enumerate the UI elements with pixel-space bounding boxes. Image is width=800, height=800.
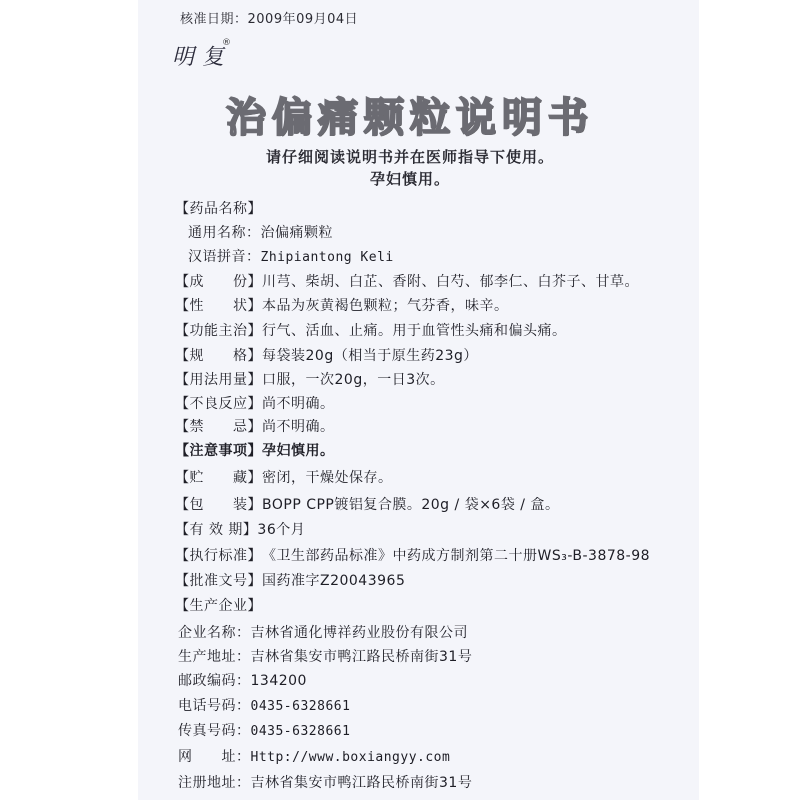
section-manufacturer: 【生产企业】 (175, 595, 262, 615)
section-standard: 【执行标准】《卫生部药品标准》中药成方制剂第二十册WS₃-B-3878-98 (175, 545, 650, 565)
section-contraindications: 【禁 忌】尚不明确。 (175, 416, 335, 436)
section-value: 36个月 (257, 522, 305, 538)
section-label: 【药品名称】 (175, 198, 262, 218)
field-value: 吉林省集安市鸭江路民桥南街31号 (251, 775, 473, 791)
section-value: 尚不明确。 (262, 396, 335, 412)
section-value: 川芎、柴胡、白芷、香附、白芍、郁李仁、白芥子、甘草。 (262, 274, 639, 290)
section-value: 孕妇慎用。 (262, 443, 335, 459)
field-label: 注册地址： (178, 775, 251, 791)
section-label: 【功能主治】 (175, 320, 262, 340)
registered-address: 注册地址：吉林省集安市鸭江路民桥南街31号 (178, 772, 472, 792)
field-label: 生产地址： (178, 649, 251, 665)
field-label: 传真号码： (178, 723, 251, 739)
pinyin-value: Zhipiantong Keli (261, 250, 394, 265)
section-value: 口服，一次20g，一日3次。 (262, 372, 445, 388)
phone-number: 电话号码：0435-6328661 (178, 695, 350, 715)
approval-date: 核准日期：2009年09月04日 (180, 8, 358, 27)
section-value: 国药准字Z20043965 (262, 573, 405, 589)
field-value: 吉林省集安市鸭江路民桥南街31号 (251, 649, 473, 665)
section-dosage: 【用法用量】口服，一次20g，一日3次。 (175, 369, 445, 389)
pinyin-label: 汉语拼音： (188, 249, 261, 265)
section-label: 【有 效 期】 (175, 519, 257, 539)
section-package: 【包 装】BOPP CPP镀铝复合膜。20g / 袋×6袋 / 盒。 (175, 494, 559, 514)
section-label: 【批准文号】 (175, 570, 262, 590)
section-approval-number: 【批准文号】国药准字Z20043965 (175, 570, 405, 590)
website-link[interactable]: Http://www.boxiangyy.com (251, 750, 451, 765)
section-ingredients: 【成 份】川芎、柴胡、白芷、香附、白芍、郁李仁、白芥子、甘草。 (175, 271, 639, 291)
section-drug-name: 【药品名称】 (175, 198, 262, 218)
field-value: 134200 (251, 673, 307, 689)
generic-name: 通用名称：治偏痛颗粒 (188, 222, 333, 242)
section-label: 【规 格】 (175, 345, 262, 365)
section-value: 行气、活血、止痛。用于血管性头痛和偏头痛。 (262, 323, 567, 339)
section-label: 【性 状】 (175, 295, 262, 315)
company-name: 企业名称：吉林省通化博祥药业股份有限公司 (178, 622, 468, 642)
section-label: 【不良反应】 (175, 393, 262, 413)
section-storage: 【贮 藏】密闭，干燥处保存。 (175, 467, 393, 487)
section-label: 【用法用量】 (175, 369, 262, 389)
usage-notice: 请仔细阅读说明书并在医师指导下使用。 (200, 146, 620, 167)
document-title: 治偏痛颗粒说明书 (200, 86, 620, 143)
section-label: 【生产企业】 (175, 595, 262, 615)
section-label: 【注意事项】 (175, 440, 262, 460)
section-indications: 【功能主治】行气、活血、止痛。用于血管性头痛和偏头痛。 (175, 320, 567, 340)
section-label: 【禁 忌】 (175, 416, 262, 436)
fax-number: 传真号码：0435-6328661 (178, 720, 350, 740)
pinyin-name: 汉语拼音：Zhipiantong Keli (188, 246, 394, 266)
section-validity: 【有 效 期】36个月 (175, 519, 305, 539)
section-value: 尚不明确。 (262, 419, 335, 435)
section-specification: 【规 格】每袋装20g（相当于原生药23g） (175, 345, 478, 365)
section-label: 【贮 藏】 (175, 467, 262, 487)
postcode: 邮政编码：134200 (178, 670, 307, 690)
section-label: 【执行标准】 (175, 545, 262, 565)
field-label: 企业名称： (178, 625, 251, 641)
section-description: 【性 状】本品为灰黄褐色颗粒；气芬香，味辛。 (175, 295, 509, 315)
registered-mark-icon: ® (222, 38, 231, 48)
section-value: BOPP CPP镀铝复合膜。20g / 袋×6袋 / 盒。 (262, 497, 559, 513)
field-value: 吉林省通化博祥药业股份有限公司 (251, 625, 469, 641)
pregnancy-notice: 孕妇慎用。 (200, 168, 620, 189)
field-label: 电话号码： (178, 698, 251, 714)
section-precautions: 【注意事项】孕妇慎用。 (175, 440, 335, 460)
section-value: 每袋装20g（相当于原生药23g） (262, 348, 478, 364)
production-address: 生产地址：吉林省集安市鸭江路民桥南街31号 (178, 646, 472, 666)
section-label: 【包 装】 (175, 494, 262, 514)
section-adverse-reactions: 【不良反应】尚不明确。 (175, 393, 335, 413)
field-value: 0435-6328661 (251, 724, 351, 739)
section-value: 密闭，干燥处保存。 (262, 470, 393, 486)
field-label: 网 址： (178, 749, 251, 765)
field-value: 0435-6328661 (251, 699, 351, 714)
website: 网 址：Http://www.boxiangyy.com (178, 746, 450, 766)
field-label: 邮政编码： (178, 673, 251, 689)
section-label: 【成 份】 (175, 271, 262, 291)
section-value: 本品为灰黄褐色颗粒；气芬香，味辛。 (262, 298, 509, 314)
section-value: 《卫生部药品标准》中药成方制剂第二十册WS₃-B-3878-98 (262, 548, 650, 564)
